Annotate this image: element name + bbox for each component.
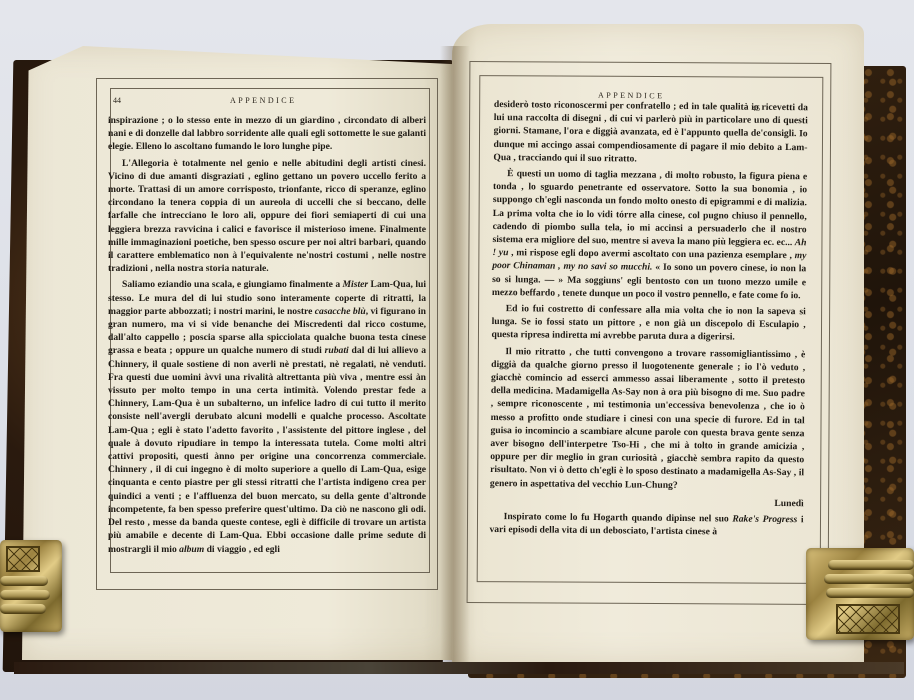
paragraph: desiderò tosto riconoscermi per confrate… xyxy=(493,98,808,167)
text-run: Lunedì xyxy=(774,498,803,509)
paragraph: Ed io fui costretto di confessare alla m… xyxy=(491,302,805,345)
paragraph: Il mio ritratto , che tutti convengono a… xyxy=(490,345,806,494)
paragraph: Inspirato come lo fu Hogarth quando dipi… xyxy=(489,510,803,540)
text-run: È questi un uomo di taglia mezzana , di … xyxy=(492,168,807,248)
text-run: Saliamo eziandio una scala, e giungiamo … xyxy=(122,279,343,290)
text-run: Ed io fui costretto di confessare alla m… xyxy=(491,303,805,343)
text-run: L'Allegoria è totalmente nel genio e nel… xyxy=(108,158,426,275)
italic-text: casacche blù xyxy=(315,306,366,317)
book-bottom-edge xyxy=(14,662,904,674)
text-run: , mi rispose egli dopo avermi ascoltato … xyxy=(508,247,794,261)
italic-text: rubati xyxy=(325,345,349,356)
text-run: di viaggio , ed egli xyxy=(204,544,280,555)
italic-text: album xyxy=(179,544,204,555)
italic-text: Rake's Progress xyxy=(732,514,797,526)
left-page-number: 44 xyxy=(113,96,121,105)
text-run: desiderò tosto riconoscermi per confrate… xyxy=(493,99,808,164)
left-running-head: APPENDICE xyxy=(230,96,297,105)
book-spine-gutter xyxy=(440,46,470,666)
italic-text: Mister xyxy=(343,279,369,290)
paragraph: È questi un uomo di taglia mezzana , di … xyxy=(492,167,807,302)
text-run: dal di lui allievo a Chinnery, il quale … xyxy=(108,345,426,554)
text-run: inspirazione ; o lo stesso ente in mezzo… xyxy=(108,115,426,152)
text-run: Inspirato come lo fu Hogarth quando dipi… xyxy=(504,511,733,524)
text-run: Il mio ritratto , che tutti convengono a… xyxy=(490,346,805,491)
paragraph: Saliamo eziandio una scala, e giungiamo … xyxy=(108,278,426,555)
right-brass-page-holder xyxy=(806,548,914,640)
signoff-text: Lunedì xyxy=(490,494,804,510)
paragraph: L'Allegoria è totalmente nel genio e nel… xyxy=(108,157,426,276)
right-page-body: desiderò tosto riconoscermi per confrate… xyxy=(489,98,808,543)
left-brass-page-holder xyxy=(0,540,62,632)
left-page-body: inspirazione ; o lo stesso ente in mezzo… xyxy=(108,114,426,559)
paragraph: inspirazione ; o lo stesso ente in mezzo… xyxy=(108,114,426,154)
